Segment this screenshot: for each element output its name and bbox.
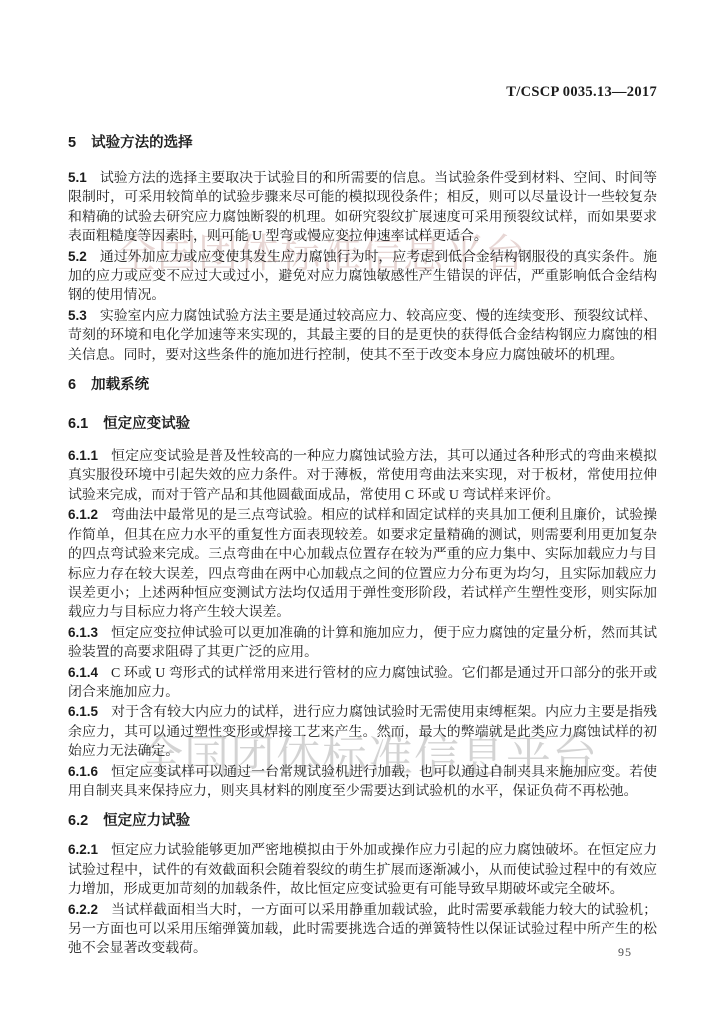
clause-6-1-3: 6.1.3恒定应变拉伸试验可以更加准确的计算和施加应力，便于应力腐蚀的定量分析，…: [68, 623, 657, 663]
clause-number: 6.1.6: [68, 764, 98, 779]
subsection-6-1-heading: 6.1恒定应变试验: [68, 414, 657, 434]
clause-text: 试验方法的选择主要取决于试验目的和所需要的信息。当试验条件受到材料、空间、时间等…: [68, 171, 657, 244]
subsection-title: 恒定应变试验: [103, 416, 190, 432]
clause-text: 通过外加应力或应变使其发生应力腐蚀行为时，应考虑到低合金结构钢服役的真实条件。施…: [68, 250, 657, 304]
clause-number: 6.1.3: [68, 625, 98, 640]
section-6-heading: 6加载系统: [68, 375, 657, 395]
clause-number: 5.2: [68, 249, 87, 264]
clause-6-1-5: 6.1.5对于含有较大内应力的试样，进行应力腐蚀试验时无需使用束缚框架。内应力主…: [68, 702, 657, 761]
clause-text: 恒定应力试验能够更加严密地模拟由于外加或操作应力引起的应力腐蚀破坏。在恒定应力试…: [68, 843, 657, 897]
clause-5-1: 5.1试验方法的选择主要取决于试验目的和所需要的信息。当试验条件受到材料、空间、…: [68, 168, 657, 247]
clause-number: 5.3: [68, 308, 87, 323]
clause-number: 6.1.5: [68, 704, 98, 719]
clause-5-3: 5.3实验室内应力腐蚀试验方法主要是通过较高应力、较高应变、慢的连续变形、预裂纹…: [68, 306, 657, 365]
clause-number: 6.2.2: [68, 902, 98, 917]
page-number: 95: [618, 945, 632, 960]
clause-text: 恒定应变拉伸试验可以更加准确的计算和施加应力，便于应力腐蚀的定量分析，然而其试验…: [68, 626, 657, 660]
clause-6-2-1: 6.2.1恒定应力试验能够更加严密地模拟由于外加或操作应力引起的应力腐蚀破坏。在…: [68, 840, 657, 899]
document-content: T/CSCP 0035.13—2017 5试验方法的选择 5.1试验方法的选择主…: [68, 82, 657, 959]
clause-text: 恒定应变试样可以通过一台常规试验机进行加载，也可以通过自制夹具来施加应变。若使用…: [68, 765, 657, 799]
clause-text: 恒定应变试验是普及性较高的一种应力腐蚀试验方法，其可以通过各种形式的弯曲来模拟真…: [68, 449, 657, 503]
clause-5-2: 5.2通过外加应力或应变使其发生应力腐蚀行为时，应考虑到低合金结构钢服役的真实条…: [68, 247, 657, 306]
clause-number: 5.1: [68, 170, 87, 185]
clause-number: 6.2.1: [68, 842, 98, 857]
clause-6-1-1: 6.1.1恒定应变试验是普及性较高的一种应力腐蚀试验方法，其可以通过各种形式的弯…: [68, 446, 657, 505]
section-5-heading: 5试验方法的选择: [68, 133, 657, 153]
section-title: 加载系统: [91, 377, 149, 393]
section-title: 试验方法的选择: [91, 135, 193, 151]
document-page: 全国团体标准信息平台 全国团体标准信息平台 T/CSCP 0035.13—201…: [0, 0, 724, 1024]
section-number: 5: [68, 135, 76, 151]
subsection-6-2-heading: 6.2恒定应力试验: [68, 811, 657, 831]
clause-number: 6.1.4: [68, 665, 98, 680]
clause-text: 弯曲法中最常见的是三点弯试验。相应的试样和固定试样的夹具加工便利且廉价，试验操作…: [68, 508, 657, 620]
clause-6-2-2: 6.2.2当试样截面相当大时，一方面可以采用静重加载试验，此时需要承载能力较大的…: [68, 900, 657, 959]
subsection-number: 6.2: [68, 813, 88, 829]
clause-text: 对于含有较大内应力的试样，进行应力腐蚀试验时无需使用束缚框架。内应力主要是指残余…: [68, 705, 657, 759]
subsection-title: 恒定应力试验: [103, 813, 190, 829]
clause-text: 实验室内应力腐蚀试验方法主要是通过较高应力、较高应变、慢的连续变形、预裂纹试样、…: [68, 309, 657, 363]
subsection-number: 6.1: [68, 416, 88, 432]
clause-6-1-6: 6.1.6恒定应变试样可以通过一台常规试验机进行加载，也可以通过自制夹具来施加应…: [68, 762, 657, 802]
clause-6-1-4: 6.1.4C 环或 U 弯形式的试样常用来进行管材的应力腐蚀试验。它们都是通过开…: [68, 663, 657, 703]
clause-text: 当试样截面相当大时，一方面可以采用静重加载试验，此时需要承载能力较大的试验机；另…: [68, 903, 657, 957]
clause-number: 6.1.1: [68, 448, 98, 463]
clause-number: 6.1.2: [68, 507, 98, 522]
section-number: 6: [68, 377, 76, 393]
clause-6-1-2: 6.1.2弯曲法中最常见的是三点弯试验。相应的试样和固定试样的夹具加工便利且廉价…: [68, 505, 657, 622]
standard-number-header: T/CSCP 0035.13—2017: [68, 82, 657, 102]
clause-text: C 环或 U 弯形式的试样常用来进行管材的应力腐蚀试验。它们都是通过开口部分的张…: [68, 666, 657, 700]
